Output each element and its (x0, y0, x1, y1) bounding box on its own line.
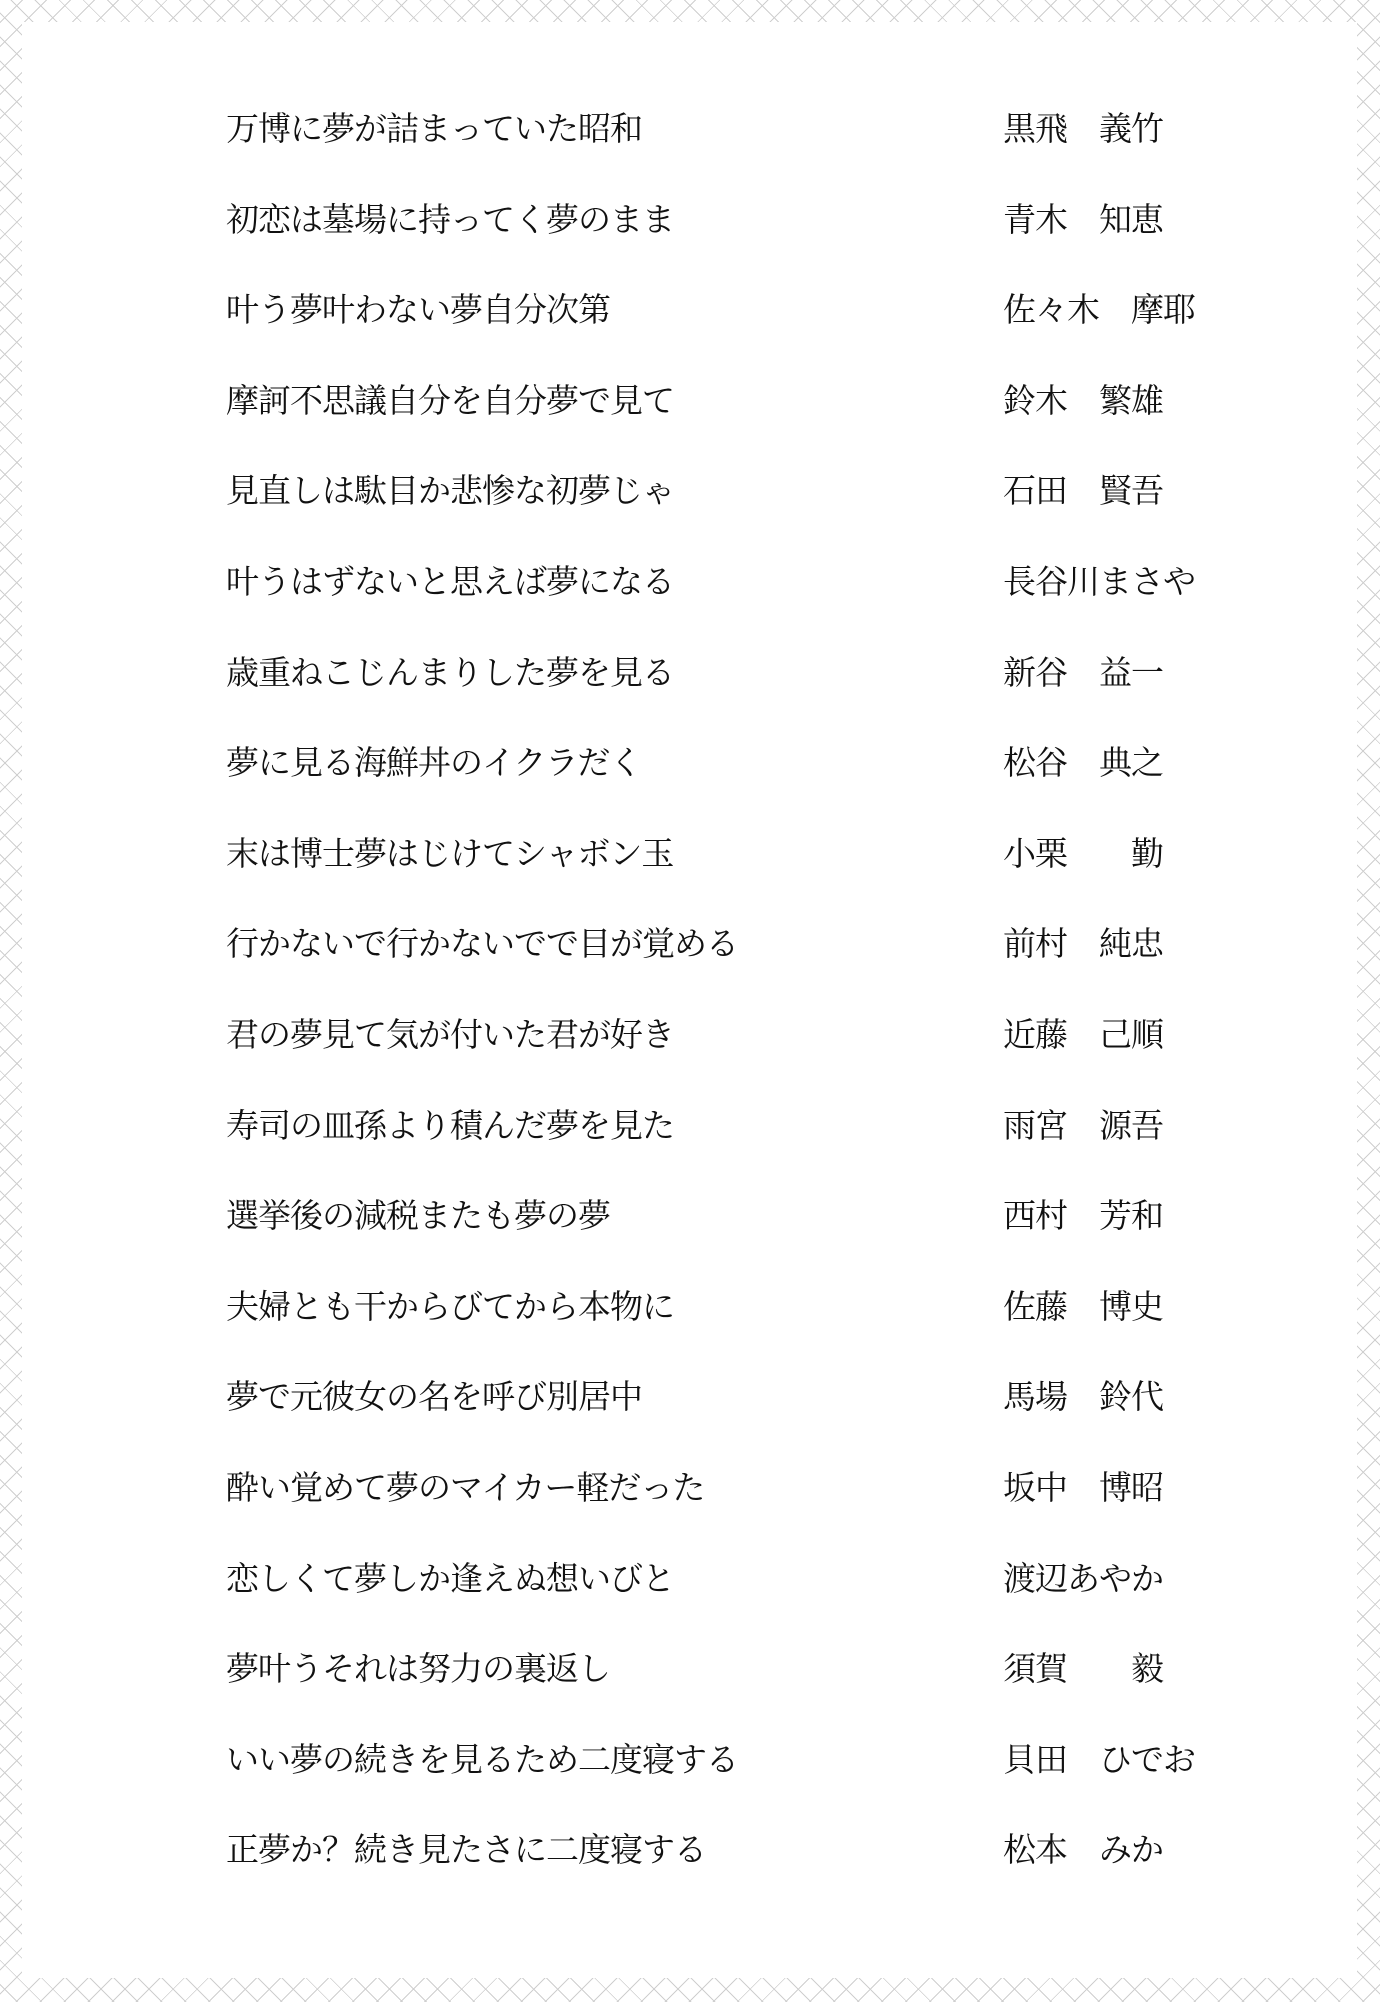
poem-text: 酔い覚めて夢のマイカー軽だった (226, 1463, 704, 1513)
author-name: 長谷川まさや (1003, 557, 1195, 607)
author-name: 須賀 毅 (1003, 1644, 1163, 1694)
author-name: 前村 純忠 (1003, 919, 1163, 969)
author-name: 馬場 鈴代 (1003, 1372, 1163, 1422)
author-name: 新谷 益一 (1003, 648, 1163, 698)
author-name: 黒飛 義竹 (1003, 104, 1163, 154)
author-name: 坂中 博昭 (1003, 1463, 1163, 1513)
list-item: 末は博士夢はじけてシャボン玉 小栗 勤 (22, 829, 1357, 879)
list-item: 夫婦とも干からびてから本物に 佐藤 博史 (22, 1282, 1357, 1332)
poem-text: 夫婦とも干からびてから本物に (226, 1282, 674, 1332)
list-item: 夢に見る海鮮丼のイクラだく 松谷 典之 (22, 738, 1357, 788)
list-item: 見直しは駄目か悲惨な初夢じゃ 石田 賢吾 (22, 466, 1357, 516)
author-name: 貝田 ひでお (1003, 1735, 1195, 1785)
list-item: 夢で元彼女の名を呼び別居中 馬場 鈴代 (22, 1372, 1357, 1422)
list-item: 寿司の皿孫より積んだ夢を見た 雨宮 源吾 (22, 1101, 1357, 1151)
poem-text: 寿司の皿孫より積んだ夢を見た (226, 1101, 674, 1151)
list-item: 初恋は墓場に持ってく夢のまま 青木 知恵 (22, 195, 1357, 245)
poem-text: 末は博士夢はじけてシャボン玉 (226, 829, 673, 879)
author-name: 渡辺あやか (1003, 1554, 1163, 1604)
author-name: 青木 知恵 (1003, 195, 1163, 245)
poem-text: 君の夢見て気が付いた君が好き (226, 1010, 674, 1060)
author-name: 小栗 勤 (1003, 829, 1163, 879)
poem-text: 叶うはずないと思えば夢になる (226, 557, 674, 607)
poem-text: 選挙後の減税またも夢の夢 (226, 1191, 610, 1241)
poem-text: 恋しくて夢しか逢えぬ想いびと (226, 1554, 674, 1604)
poem-text: 初恋は墓場に持ってく夢のまま (226, 195, 674, 245)
author-name: 西村 芳和 (1003, 1191, 1163, 1241)
author-name: 石田 賢吾 (1003, 466, 1163, 516)
poem-text: 夢に見る海鮮丼のイクラだく (226, 738, 641, 788)
list-item: 正夢か？続き見たさに二度寝する 松本 みか (22, 1825, 1357, 1875)
poem-text: 行かないで行かないでで目が覚める (226, 919, 738, 969)
list-item: いい夢の続きを見るため二度寝する 貝田 ひでお (22, 1735, 1357, 1785)
list-item: 選挙後の減税またも夢の夢 西村 芳和 (22, 1191, 1357, 1241)
list-item: 恋しくて夢しか逢えぬ想いびと 渡辺あやか (22, 1554, 1357, 1604)
poem-text: 摩訶不思議自分を自分夢で見て (226, 376, 674, 426)
list-item: 夢叶うそれは努力の裏返し 須賀 毅 (22, 1644, 1357, 1694)
poem-text: 見直しは駄目か悲惨な初夢じゃ (226, 466, 674, 516)
poem-text: いい夢の続きを見るため二度寝する (226, 1735, 738, 1785)
list-item: 君の夢見て気が付いた君が好き 近藤 己順 (22, 1010, 1357, 1060)
list-item: 歳重ねこじんまりした夢を見る 新谷 益一 (22, 648, 1357, 698)
list-item: 叶う夢叶わない夢自分次第 佐々木 摩耶 (22, 285, 1357, 335)
list-item: 叶うはずないと思えば夢になる 長谷川まさや (22, 557, 1357, 607)
poem-text: 歳重ねこじんまりした夢を見る (226, 648, 674, 698)
author-name: 松谷 典之 (1003, 738, 1163, 788)
poem-text: 夢で元彼女の名を呼び別居中 (226, 1372, 642, 1422)
list-item: 万博に夢が詰まっていた昭和 黒飛 義竹 (22, 104, 1357, 154)
author-name: 鈴木 繁雄 (1003, 376, 1163, 426)
author-name: 松本 みか (1003, 1825, 1163, 1875)
list-item: 酔い覚めて夢のマイカー軽だった 坂中 博昭 (22, 1463, 1357, 1513)
author-name: 近藤 己順 (1003, 1010, 1163, 1060)
poem-text: 万博に夢が詰まっていた昭和 (226, 104, 642, 154)
poem-text: 夢叶うそれは努力の裏返し (226, 1644, 610, 1694)
poem-text: 叶う夢叶わない夢自分次第 (226, 285, 610, 335)
list-item: 行かないで行かないでで目が覚める 前村 純忠 (22, 919, 1357, 969)
page-sheet: 万博に夢が詰まっていた昭和 黒飛 義竹 初恋は墓場に持ってく夢のまま 青木 知恵… (22, 22, 1357, 1978)
author-name: 佐々木 摩耶 (1003, 285, 1195, 335)
list-item: 摩訶不思議自分を自分夢で見て 鈴木 繁雄 (22, 376, 1357, 426)
poem-text: 正夢か？続き見たさに二度寝する (226, 1825, 706, 1875)
author-name: 雨宮 源吾 (1003, 1101, 1163, 1151)
author-name: 佐藤 博史 (1003, 1282, 1163, 1332)
